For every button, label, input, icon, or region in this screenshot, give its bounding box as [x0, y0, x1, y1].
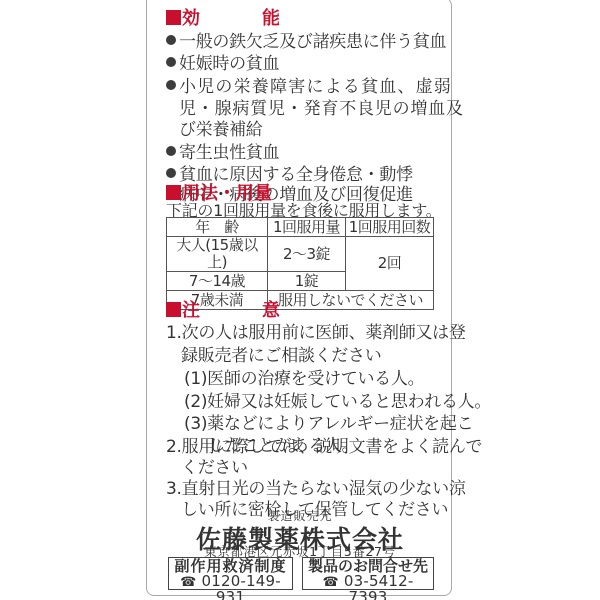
caution-line: 録販売者にご相談ください	[181, 345, 381, 367]
caution-header-char-2: 意	[262, 300, 280, 321]
table-header-times: 1回服用回数	[346, 218, 434, 237]
caution-line: (2)妊婦又は妊娠していると思われる人。	[184, 391, 491, 413]
red-square-icon	[166, 185, 181, 200]
red-square-icon	[166, 302, 181, 317]
inquiry-phone-number: 03-5412-7393	[344, 572, 414, 600]
table-cell-age: 7〜14歳	[167, 272, 268, 291]
efficacy-item-text: 一般の鉄欠乏及び諸疾患に伴う貧血	[179, 32, 446, 52]
efficacy-item-text: 妊娠時の貧血	[179, 54, 279, 74]
bullet-icon	[166, 35, 176, 45]
table-cell-age: 大人(15歳以上)	[167, 237, 268, 272]
efficacy-item: 小児の栄養障害による貧血、虚弱	[166, 76, 452, 98]
relief-system-box: 副作用救済制度 ☎ 0120-149-931	[168, 557, 293, 590]
efficacy-continuation-text: 児・腺病質児・発育不良児の増血及	[179, 99, 464, 119]
table-header-row: 年 齢 1回服用量 1回服用回数	[167, 218, 434, 237]
efficacy-header-char-2: 能	[262, 8, 280, 29]
bullet-icon	[166, 57, 176, 67]
efficacy-header: 効能	[166, 8, 280, 30]
efficacy-item-continuation: び栄養補給	[166, 119, 263, 141]
caution-line: 1.次の人は服用前に医師、薬剤師又は登	[166, 322, 466, 344]
dosage-table: 年 齢 1回服用量 1回服用回数 大人(15歳以上) 2〜3錠 2回 7〜14歳…	[166, 217, 434, 310]
table-cell-amount: 1錠	[268, 272, 346, 291]
red-square-icon	[166, 10, 181, 25]
table-header-age: 年 齢	[167, 218, 268, 237]
efficacy-item: 一般の鉄欠乏及び諸疾患に伴う貧血	[166, 31, 446, 53]
table-row: 大人(15歳以上) 2〜3錠 2回	[167, 237, 434, 272]
efficacy-header-char-1: 効	[182, 8, 200, 29]
bullet-icon	[166, 146, 176, 156]
company-address: 東京都港区元赤坂1丁目5番27号	[0, 542, 600, 560]
bullet-icon	[166, 80, 176, 90]
efficacy-item: 寄生虫性貧血	[166, 142, 279, 164]
caution-line: 2.服用に際しては、説明文書をよく読んで	[166, 436, 482, 458]
caution-header-char-1: 注	[182, 300, 200, 321]
relief-system-phone: ☎ 0120-149-931	[169, 574, 292, 600]
table-cell-times: 2回	[346, 237, 434, 291]
table-cell-amount: 2〜3錠	[268, 237, 346, 272]
efficacy-continuation-text: び栄養補給	[179, 120, 263, 140]
efficacy-item-text: 貧血に原因する全身倦怠・動悸	[179, 165, 413, 185]
caution-header: 注意	[166, 300, 280, 322]
table-cell-note: 服用しないでください	[268, 291, 434, 310]
caution-line: (1)医師の治療を受けている人。	[184, 368, 424, 390]
caution-line: 3.直射日光の当たらない湿気の少ない涼	[166, 478, 466, 500]
caution-line: (3)薬などによりアレルギー症状を起こ	[184, 413, 473, 435]
efficacy-item-continuation: 児・腺病質児・発育不良児の増血及	[166, 98, 464, 120]
table-header-amount: 1回服用量	[268, 218, 346, 237]
phone-icon: ☎	[180, 575, 196, 590]
inquiry-phone: ☎ 03-5412-7393	[303, 574, 433, 600]
efficacy-item-text: 小児の栄養障害による貧血、虚弱	[179, 77, 452, 97]
inquiry-box: 製品のお問合せ先 ☎ 03-5412-7393	[302, 557, 434, 590]
bullet-icon	[166, 168, 176, 178]
efficacy-item-text: 寄生虫性貧血	[179, 143, 279, 163]
phone-icon: ☎	[322, 575, 338, 590]
relief-phone-number: 0120-149-931	[201, 572, 280, 600]
caution-line: ください	[181, 457, 248, 479]
efficacy-item: 妊娠時の貧血	[166, 53, 279, 75]
